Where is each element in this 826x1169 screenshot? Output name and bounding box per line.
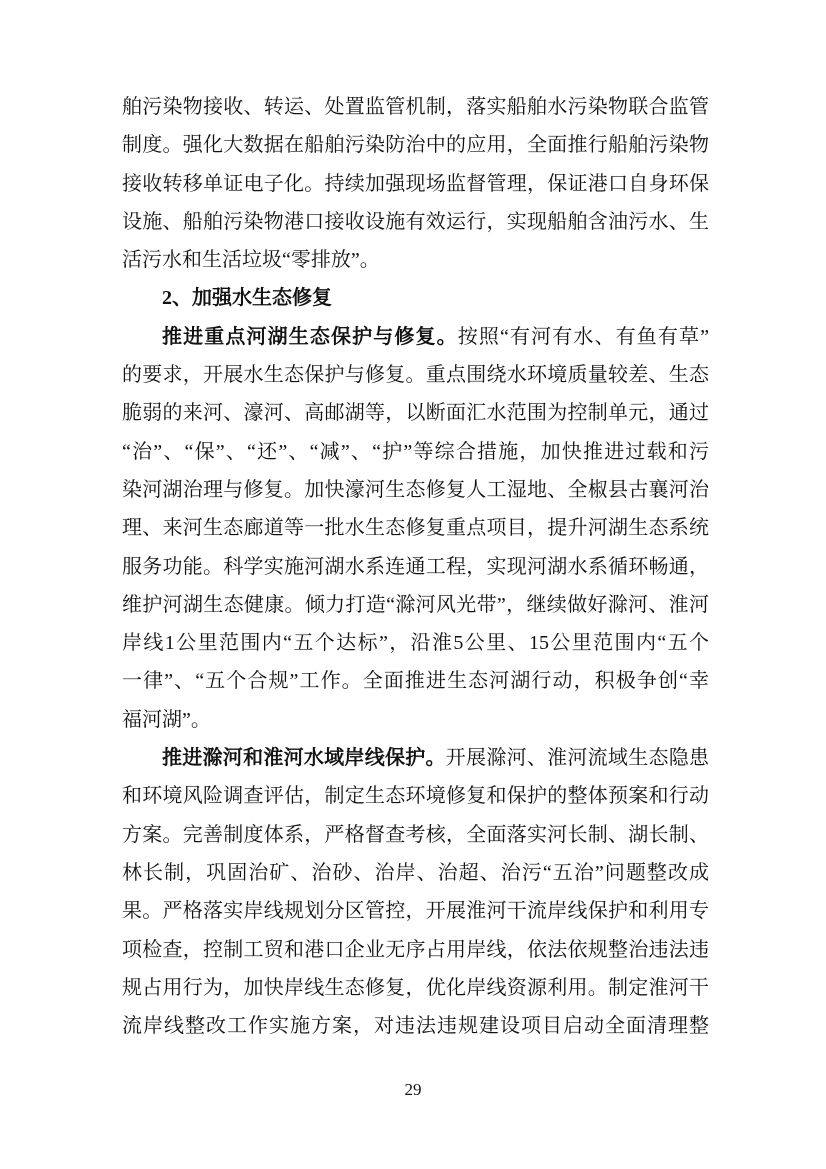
paragraph-text: 按照“有河有水、有鱼有草” bbox=[458, 326, 709, 348]
text-line: 推进重点河湖生态保护与修复。按照“有河有水、有鱼有草” bbox=[122, 318, 709, 356]
text-line: 流岸线整改工作实施方案，对违法违规建设项目启动全面清理整治。 bbox=[122, 1007, 709, 1045]
document-page: 舶污染物接收、转运、处置监管机制，落实船舶水污染物联合监管 制度。强化大数据在船… bbox=[0, 0, 826, 1169]
text-line: 活污水和生活垃圾“零排放”。 bbox=[122, 241, 709, 279]
text-line: 岸线1公里范围内“五个达标”，沿淮5公里、15公里范围内“五个 bbox=[122, 624, 709, 662]
text-line: 推进滁河和淮河水域岸线保护。开展滁河、淮河流域生态隐患 bbox=[122, 739, 709, 777]
paragraph-text: 开展滁河、淮河流域生态隐患 bbox=[446, 747, 709, 769]
text-line: 维护河湖生态健康。倾力打造“滁河风光带”，继续做好滁河、淮河 bbox=[122, 586, 709, 624]
document-body: 舶污染物接收、转运、处置监管机制，落实船舶水污染物联合监管 制度。强化大数据在船… bbox=[122, 88, 709, 1045]
text-line: 脆弱的来河、濠河、高邮湖等，以断面汇水范围为控制单元，通过 bbox=[122, 394, 709, 432]
paragraph-lead: 推进滁河和淮河水域岸线保护。 bbox=[162, 747, 446, 769]
text-line: 一律”、“五个合规”工作。全面推进生态河湖行动，积极争创“幸 bbox=[122, 662, 709, 700]
text-line: 理、来河生态廊道等一批水生态修复重点项目，提升河湖生态系统 bbox=[122, 509, 709, 547]
text-line: 接收转移单证电子化。持续加强现场监督管理，保证港口自身环保 bbox=[122, 165, 709, 203]
page-number: 29 bbox=[0, 1080, 826, 1100]
text-line: 舶污染物接收、转运、处置监管机制，落实船舶水污染物联合监管 bbox=[122, 88, 709, 126]
section-heading: 2、加强水生态修复 bbox=[122, 279, 709, 317]
text-line: 服务功能。科学实施河湖水系连通工程，实现河湖水系循环畅通， bbox=[122, 548, 709, 586]
text-line: 和环境风险调查评估，制定生态环境修复和保护的整体预案和行动 bbox=[122, 777, 709, 815]
text-line: 规占用行为，加快岸线生态修复，优化岸线资源利用。制定淮河干 bbox=[122, 969, 709, 1007]
text-line: 福河湖”。 bbox=[122, 701, 709, 739]
text-line: 项检查，控制工贸和港口企业无序占用岸线，依法依规整治违法违 bbox=[122, 931, 709, 969]
text-line: 设施、船舶污染物港口接收设施有效运行，实现船舶含油污水、生 bbox=[122, 203, 709, 241]
text-line: 林长制，巩固治矿、治砂、治岸、治超、治污“五治”问题整改成 bbox=[122, 854, 709, 892]
text-line: 果。严格落实岸线规划分区管控，开展淮河干流岸线保护和利用专 bbox=[122, 892, 709, 930]
paragraph-lead: 推进重点河湖生态保护与修复。 bbox=[162, 326, 458, 348]
text-line: 方案。完善制度体系，严格督查考核，全面落实河长制、湖长制、 bbox=[122, 816, 709, 854]
text-line: 制度。强化大数据在船舶污染防治中的应用，全面推行船舶污染物 bbox=[122, 126, 709, 164]
text-line: 的要求，开展水生态保护与修复。重点围绕水环境质量较差、生态 bbox=[122, 356, 709, 394]
text-line: 染河湖治理与修复。加快濠河生态修复人工湿地、全椒县古襄河治 bbox=[122, 471, 709, 509]
text-line: “治”、“保”、“还”、“减”、“护”等综合措施，加快推进过载和污 bbox=[122, 433, 709, 471]
